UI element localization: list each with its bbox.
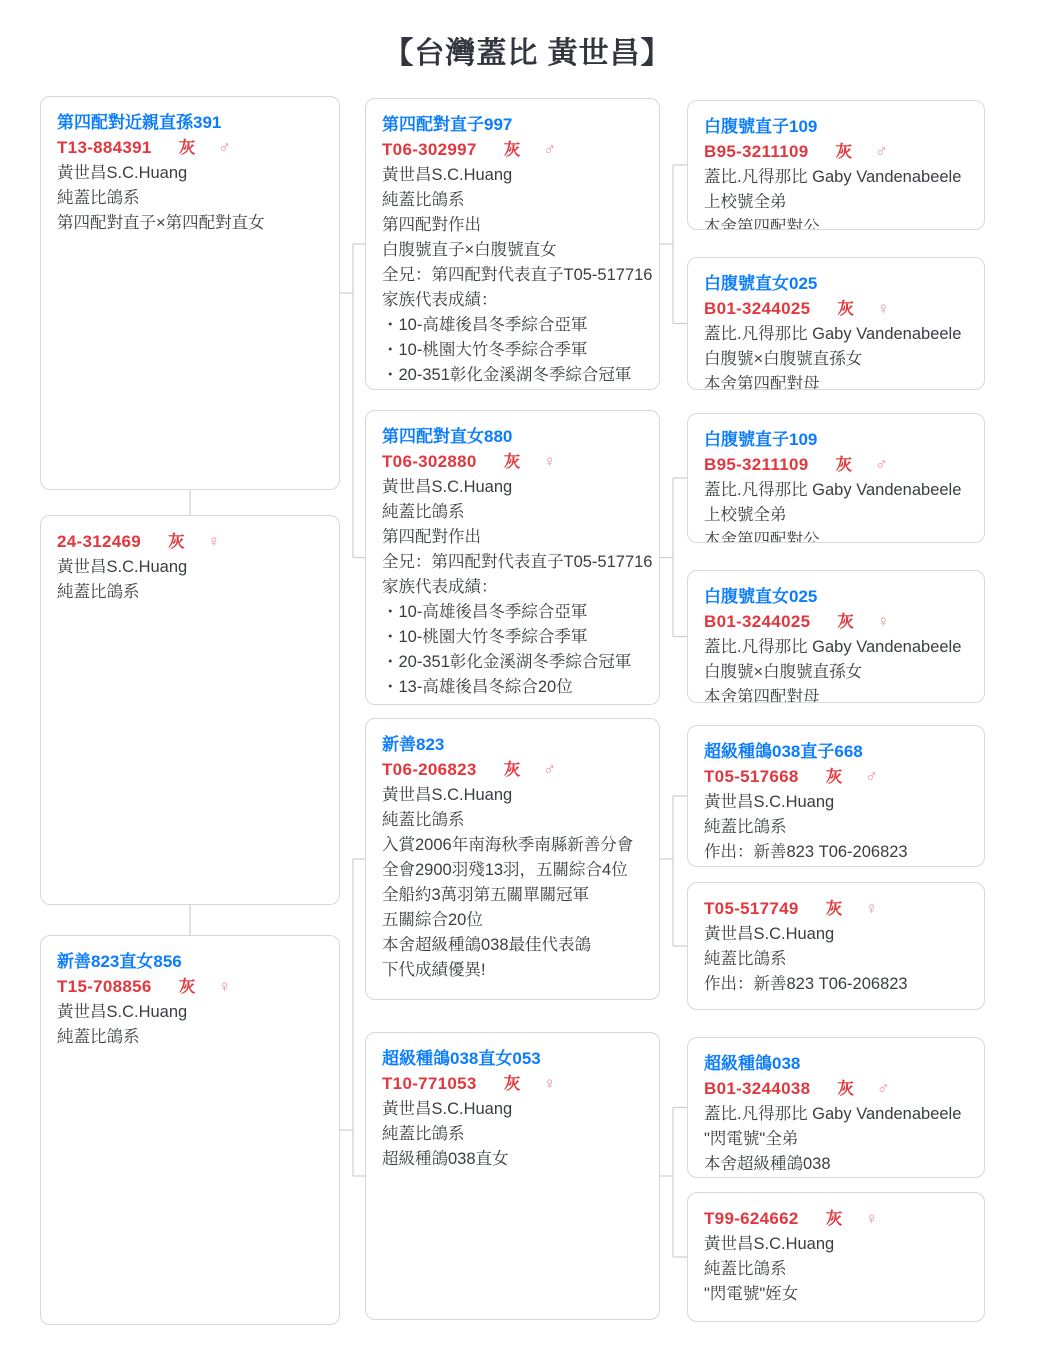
ring-row: T10-771053灰♀ bbox=[382, 1071, 643, 1097]
color-label: 灰 bbox=[826, 768, 843, 786]
color-label: 灰 bbox=[504, 1075, 521, 1093]
pigeon-info-line: 下代成績優異! bbox=[382, 958, 643, 983]
pigeon-info-line: 第四配對作出 bbox=[382, 213, 643, 238]
pigeon-info: 黃世昌S.C.Huang純蓋比鴿系作出：新善823 T06-206823 bbox=[704, 922, 968, 997]
pigeon-info-line: ・20-351彰化金溪湖冬季綜合冠軍 bbox=[382, 650, 643, 675]
pigeon-info-line: 本舍第四配對公 bbox=[704, 215, 968, 230]
pigeon-info-line: 純蓋比鴿系 bbox=[704, 947, 968, 972]
pigeon-info-line: 超級種鴿038直女 bbox=[382, 1147, 643, 1172]
ring-number: T10-771053 bbox=[382, 1074, 477, 1093]
pigeon-card-R6: T05-517749灰♀ 黃世昌S.C.Huang純蓋比鴿系作出：新善823 T… bbox=[687, 882, 985, 1010]
sex-symbol-female: ♀ bbox=[543, 452, 556, 471]
ring-number: T99-624662 bbox=[704, 1209, 799, 1228]
ring-number: T06-302997 bbox=[382, 140, 477, 159]
sex-symbol-female: ♀ bbox=[865, 1209, 878, 1228]
sex-symbol-male: ♂ bbox=[875, 455, 888, 474]
pigeon-info-line: 純蓋比鴿系 bbox=[57, 580, 323, 605]
pigeon-info: 黃世昌S.C.Huang純蓋比鴿系入賞2006年南海秋季南縣新善分會全會2900… bbox=[382, 783, 643, 983]
pigeon-info-line: 純蓋比鴿系 bbox=[382, 188, 643, 213]
pigeon-info-line: "閃電號"姪女 bbox=[704, 1282, 968, 1307]
pigeon-info-line: 家族代表成績： bbox=[382, 288, 643, 313]
color-label: 灰 bbox=[504, 761, 521, 779]
color-label: 灰 bbox=[168, 533, 185, 551]
pigeon-info-line: "閃電號"全弟 bbox=[704, 1127, 968, 1152]
pigeon-card-L1: 第四配對近親直孫391 T13-884391灰♂ 黃世昌S.C.Huang純蓋比… bbox=[40, 96, 340, 490]
pigeon-card-L3: 新善823直女856 T15-708856灰♀ 黃世昌S.C.Huang純蓋比鴿… bbox=[40, 935, 340, 1325]
ring-row: B01-3244025灰♀ bbox=[704, 609, 968, 635]
color-label: 灰 bbox=[837, 613, 854, 631]
pigeon-info: 黃世昌S.C.Huang純蓋比鴿系 bbox=[57, 1000, 323, 1050]
pigeon-name-link[interactable]: 白腹號直女025 bbox=[704, 584, 968, 609]
color-label: 灰 bbox=[826, 1210, 843, 1228]
color-label: 灰 bbox=[826, 900, 843, 918]
ring-number: T15-708856 bbox=[57, 977, 152, 996]
pigeon-card-M3: 新善823 T06-206823灰♂ 黃世昌S.C.Huang純蓋比鴿系入賞20… bbox=[365, 718, 660, 1000]
color-label: 灰 bbox=[837, 1080, 854, 1098]
pigeon-info-line: 蓋比.凡得那比 Gaby Vandenabeele bbox=[704, 322, 968, 347]
pigeon-info-line: 蓋比.凡得那比 Gaby Vandenabeele bbox=[704, 635, 968, 660]
ring-row: B95-3211109灰♂ bbox=[704, 452, 968, 478]
pigeon-card-R8: T99-624662灰♀ 黃世昌S.C.Huang純蓋比鴿系"閃電號"姪女 bbox=[687, 1192, 985, 1322]
ring-row: B01-3244025灰♀ bbox=[704, 296, 968, 322]
pigeon-info-line: 純蓋比鴿系 bbox=[57, 1025, 323, 1050]
pigeon-info: 蓋比.凡得那比 Gaby Vandenabeele白腹號×白腹號直孫女本舍第四配… bbox=[704, 635, 968, 703]
ring-number: T05-517749 bbox=[704, 899, 799, 918]
pigeon-info-line: 全兄：第四配對代表直子T05-517716 bbox=[382, 550, 643, 575]
pigeon-info-line: 家族代表成績： bbox=[382, 575, 643, 600]
ring-row: T13-884391灰♂ bbox=[57, 135, 323, 161]
pigeon-info: 黃世昌S.C.Huang純蓋比鴿系第四配對作出白腹號直子×白腹號直女全兄：第四配… bbox=[382, 163, 643, 388]
pigeon-name-link[interactable]: 超級種鴿038 bbox=[704, 1051, 968, 1076]
pigeon-name-link[interactable]: 白腹號直子109 bbox=[704, 114, 968, 139]
pigeon-info-line: 本舍第四配對公 bbox=[704, 528, 968, 543]
pigeon-info: 黃世昌S.C.Huang純蓋比鴿系作出：新善823 T06-206823 bbox=[704, 790, 968, 865]
pigeon-card-M1: 第四配對直子997 T06-302997灰♂ 黃世昌S.C.Huang純蓋比鴿系… bbox=[365, 98, 660, 390]
sex-symbol-male: ♂ bbox=[543, 760, 556, 779]
pigeon-info-line: 純蓋比鴿系 bbox=[704, 815, 968, 840]
pigeon-info-line: 黃世昌S.C.Huang bbox=[704, 1232, 968, 1257]
pigeon-info-line: 黃世昌S.C.Huang bbox=[382, 475, 643, 500]
color-label: 灰 bbox=[179, 139, 196, 157]
pigeon-info: 黃世昌S.C.Huang純蓋比鴿系第四配對作出全兄：第四配對代表直子T05-51… bbox=[382, 475, 643, 700]
pigeon-name-link[interactable]: 白腹號直女025 bbox=[704, 271, 968, 296]
ring-number: 24-312469 bbox=[57, 532, 141, 551]
pigeon-info-line: 黃世昌S.C.Huang bbox=[704, 790, 968, 815]
sex-symbol-male: ♂ bbox=[875, 142, 888, 161]
pigeon-info: 黃世昌S.C.Huang純蓋比鴿系第四配對直子×第四配對直女 bbox=[57, 161, 323, 236]
ring-number: T05-517668 bbox=[704, 767, 799, 786]
pigeon-name-link[interactable]: 超級種鴿038直子668 bbox=[704, 739, 968, 764]
pigeon-info: 蓋比.凡得那比 Gaby Vandenabeele上校號全弟本舍第四配對公 bbox=[704, 165, 968, 230]
sex-symbol-female: ♀ bbox=[865, 899, 878, 918]
pigeon-info-line: 本舍第四配對母 bbox=[704, 372, 968, 390]
pigeon-info: 黃世昌S.C.Huang純蓋比鴿系 bbox=[57, 555, 323, 605]
pigeon-info-line: 純蓋比鴿系 bbox=[382, 500, 643, 525]
pigeon-info-line: 全兄：第四配對代表直子T05-517716 bbox=[382, 263, 643, 288]
pigeon-info-line: 全會2900羽殘13羽，五關綜合4位 bbox=[382, 858, 643, 883]
ring-number: B01-3244025 bbox=[704, 612, 810, 631]
pigeon-info-line: 全船約3萬羽第五關單關冠軍 bbox=[382, 883, 643, 908]
pigeon-info-line: 第四配對直子×第四配對直女 bbox=[57, 211, 323, 236]
pigeon-info-line: 本舍超級種鴿038 bbox=[704, 1152, 968, 1177]
color-label: 灰 bbox=[504, 453, 521, 471]
pigeon-info-line: 白腹號×白腹號直孫女 bbox=[704, 660, 968, 685]
pigeon-card-M4: 超級種鴿038直女053 T10-771053灰♀ 黃世昌S.C.Huang純蓋… bbox=[365, 1032, 660, 1320]
pigeon-info-line: 純蓋比鴿系 bbox=[57, 186, 323, 211]
sex-symbol-male: ♂ bbox=[865, 767, 878, 786]
pigeon-info: 黃世昌S.C.Huang純蓋比鴿系"閃電號"姪女 bbox=[704, 1232, 968, 1307]
sex-symbol-male: ♂ bbox=[218, 138, 231, 157]
pigeon-info-line: 上校號全弟 bbox=[704, 190, 968, 215]
ring-row: T05-517668灰♂ bbox=[704, 764, 968, 790]
ring-row: B01-3244038灰♂ bbox=[704, 1076, 968, 1102]
pigeon-info: 蓋比.凡得那比 Gaby Vandenabeele"閃電號"全弟本舍超級種鴿03… bbox=[704, 1102, 968, 1177]
pigeon-name-link[interactable]: 第四配對近親直孫391 bbox=[57, 110, 323, 135]
pigeon-name-link[interactable]: 新善823 bbox=[382, 732, 643, 757]
ring-number: B01-3244025 bbox=[704, 299, 810, 318]
ring-row: T99-624662灰♀ bbox=[704, 1206, 968, 1232]
ring-row: T06-206823灰♂ bbox=[382, 757, 643, 783]
pigeon-info-line: 純蓋比鴿系 bbox=[382, 1122, 643, 1147]
pigeon-card-R3: 白腹號直子109 B95-3211109灰♂ 蓋比.凡得那比 Gaby Vand… bbox=[687, 413, 985, 543]
pigeon-name-link[interactable]: 新善823直女856 bbox=[57, 949, 323, 974]
ring-row: B95-3211109灰♂ bbox=[704, 139, 968, 165]
pigeon-info-line: 作出：新善823 T06-206823 bbox=[704, 840, 968, 865]
pigeon-card-M2: 第四配對直女880 T06-302880灰♀ 黃世昌S.C.Huang純蓋比鴿系… bbox=[365, 410, 660, 705]
sex-symbol-female: ♀ bbox=[543, 1074, 556, 1093]
pigeon-name-link[interactable]: 第四配對直女880 bbox=[382, 424, 643, 449]
pigeon-card-R7: 超級種鴿038 B01-3244038灰♂ 蓋比.凡得那比 Gaby Vande… bbox=[687, 1037, 985, 1178]
ring-number: B95-3211109 bbox=[704, 142, 808, 161]
pigeon-info-line: 黃世昌S.C.Huang bbox=[57, 555, 323, 580]
ring-row: 24-312469灰♀ bbox=[57, 529, 323, 555]
pigeon-info-line: 蓋比.凡得那比 Gaby Vandenabeele bbox=[704, 1102, 968, 1127]
sex-symbol-female: ♀ bbox=[877, 299, 890, 318]
ring-row: T15-708856灰♀ bbox=[57, 974, 323, 1000]
pigeon-info-line: 五關綜合20位 bbox=[382, 908, 643, 933]
sex-symbol-male: ♂ bbox=[877, 1079, 890, 1098]
pigeon-info: 黃世昌S.C.Huang純蓋比鴿系超級種鴿038直女 bbox=[382, 1097, 643, 1172]
pigeon-info-line: 蓋比.凡得那比 Gaby Vandenabeele bbox=[704, 478, 968, 503]
sex-symbol-female: ♀ bbox=[208, 532, 221, 551]
pigeon-card-L2: 24-312469灰♀ 黃世昌S.C.Huang純蓋比鴿系 bbox=[40, 515, 340, 905]
pigeon-info: 蓋比.凡得那比 Gaby Vandenabeele白腹號×白腹號直孫女本舍第四配… bbox=[704, 322, 968, 390]
pigeon-info-line: 黃世昌S.C.Huang bbox=[57, 161, 323, 186]
color-label: 灰 bbox=[179, 978, 196, 996]
pigeon-info-line: 純蓋比鴿系 bbox=[382, 808, 643, 833]
pigeon-info-line: 黃世昌S.C.Huang bbox=[382, 783, 643, 808]
sex-symbol-female: ♀ bbox=[877, 612, 890, 631]
pigeon-info: 蓋比.凡得那比 Gaby Vandenabeele上校號全弟本舍第四配對公 bbox=[704, 478, 968, 543]
pigeon-info-line: ・10-桃園大竹冬季綜合季軍 bbox=[382, 625, 643, 650]
color-label: 灰 bbox=[835, 143, 852, 161]
pigeon-info-line: 黃世昌S.C.Huang bbox=[382, 1097, 643, 1122]
ring-row: T06-302880灰♀ bbox=[382, 449, 643, 475]
pigeon-info-line: ・20-351彰化金溪湖冬季綜合冠軍 bbox=[382, 363, 643, 388]
pigeon-info-line: ・10-高雄後昌冬季綜合亞軍 bbox=[382, 600, 643, 625]
ring-number: T06-206823 bbox=[382, 760, 477, 779]
color-label: 灰 bbox=[837, 300, 854, 318]
pigeon-card-R2: 白腹號直女025 B01-3244025灰♀ 蓋比.凡得那比 Gaby Vand… bbox=[687, 257, 985, 390]
ring-row: T05-517749灰♀ bbox=[704, 896, 968, 922]
color-label: 灰 bbox=[504, 141, 521, 159]
pigeon-info-line: 黃世昌S.C.Huang bbox=[704, 922, 968, 947]
pigeon-info-line: 純蓋比鴿系 bbox=[704, 1257, 968, 1282]
pigeon-name-link[interactable]: 第四配對直子997 bbox=[382, 112, 643, 137]
pigeon-info-line: 白腹號×白腹號直孫女 bbox=[704, 347, 968, 372]
pigeon-info-line: 第四配對作出 bbox=[382, 525, 643, 550]
pigeon-info-line: 作出：新善823 T06-206823 bbox=[704, 972, 968, 997]
pigeon-card-R5: 超級種鴿038直子668 T05-517668灰♂ 黃世昌S.C.Huang純蓋… bbox=[687, 725, 985, 867]
pigeon-info-line: ・10-桃園大竹冬季綜合季軍 bbox=[382, 338, 643, 363]
sex-symbol-female: ♀ bbox=[218, 977, 231, 996]
ring-number: B01-3244038 bbox=[704, 1079, 810, 1098]
pigeon-info-line: 白腹號直子×白腹號直女 bbox=[382, 238, 643, 263]
pigeon-info-line: 蓋比.凡得那比 Gaby Vandenabeele bbox=[704, 165, 968, 190]
ring-row: T06-302997灰♂ bbox=[382, 137, 643, 163]
pigeon-info-line: 本舍第四配對母 bbox=[704, 685, 968, 703]
pigeon-info-line: 黃世昌S.C.Huang bbox=[57, 1000, 323, 1025]
pigeon-card-R1: 白腹號直子109 B95-3211109灰♂ 蓋比.凡得那比 Gaby Vand… bbox=[687, 100, 985, 230]
pigeon-info-line: 入賞2006年南海秋季南縣新善分會 bbox=[382, 833, 643, 858]
color-label: 灰 bbox=[835, 456, 852, 474]
sex-symbol-male: ♂ bbox=[543, 140, 556, 159]
pigeon-info-line: ・10-高雄後昌冬季綜合亞軍 bbox=[382, 313, 643, 338]
ring-number: T06-302880 bbox=[382, 452, 477, 471]
pigeon-name-link[interactable]: 超級種鴿038直女053 bbox=[382, 1046, 643, 1071]
pigeon-info-line: ・13-高雄後昌冬綜合20位 bbox=[382, 675, 643, 700]
ring-number: T13-884391 bbox=[57, 138, 152, 157]
pigeon-card-R4: 白腹號直女025 B01-3244025灰♀ 蓋比.凡得那比 Gaby Vand… bbox=[687, 570, 985, 703]
pigeon-info-line: 黃世昌S.C.Huang bbox=[382, 163, 643, 188]
pigeon-info-line: 上校號全弟 bbox=[704, 503, 968, 528]
pedigree-page: 【台灣蓋比 黃世昌】 第四配對近親直孫391 T13-884391灰♂ 黃世昌S… bbox=[0, 0, 1055, 1346]
pigeon-info-line: 本舍超級種鴿038最佳代表鴿 bbox=[382, 933, 643, 958]
pigeon-name-link[interactable]: 白腹號直子109 bbox=[704, 427, 968, 452]
ring-number: B95-3211109 bbox=[704, 455, 808, 474]
